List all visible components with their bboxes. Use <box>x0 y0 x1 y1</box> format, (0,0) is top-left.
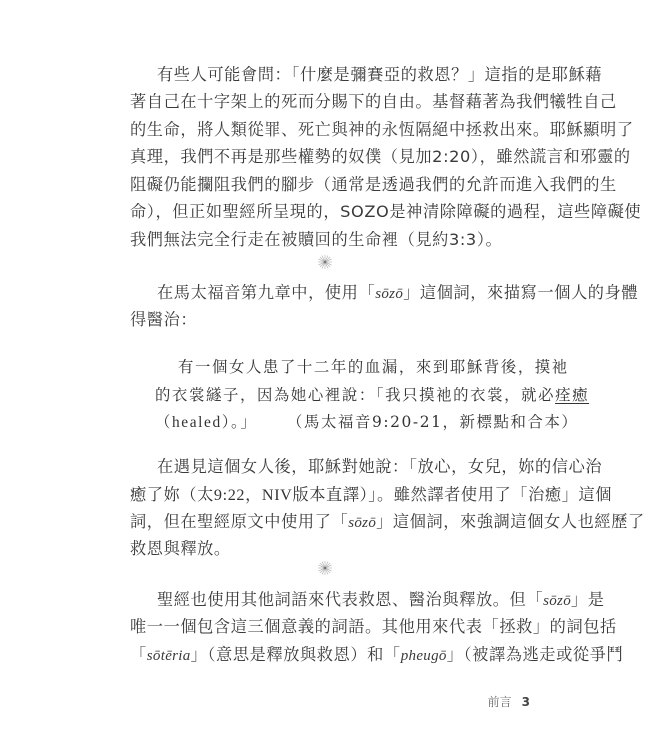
starburst-ornament-icon <box>317 560 333 576</box>
greek-term-sozo: sōzō <box>375 286 403 302</box>
text-span: 」這個詞，來強調這個女人也經歷了 <box>376 512 645 531</box>
page-number: 3 <box>522 695 530 709</box>
text-span: 「 <box>130 645 147 664</box>
text-line: 「sōtēria」（意思是釋放與救恩）和「pheugō」（被譯為逃走或從爭鬥 <box>130 641 522 669</box>
text-line: 在遇見這個女人後，耶穌對她說：「放心，女兒，妳的信心治 <box>157 453 522 481</box>
greek-term-soteria: sōtēria <box>147 648 191 664</box>
greek-term-pheugo: pheugō <box>401 648 447 664</box>
text-line: 的生命，將人類從罪、死亡與神的永恆隔絕中拯救出來。耶穌顯明了 <box>130 116 522 144</box>
text-span: 聖經也使用其他詞語來代表救恩、醫治與釋放。但「 <box>157 590 543 609</box>
text-span: 」（被譯為逃走或從爭鬥 <box>447 645 624 664</box>
text-line: 真理，我們不再是那些權勢的奴僕（見加2:20），雖然謊言和邪靈的 <box>130 143 522 171</box>
text-span: 」這個詞，來描寫一個人的身體 <box>403 283 638 302</box>
quoted-speech: 癒了妳（太9:22，NIV版本直譯）」 <box>130 486 377 504</box>
scripture-reference: （馬太福音9:20-21，新標點和合本） <box>287 408 578 436</box>
starburst-ornament-icon <box>317 254 333 270</box>
quote-line: （healed）。」 （馬太福音9:20-21，新標點和合本） <box>155 408 515 436</box>
text-line: 命），但正如聖經所呈現的，SOZO是神清除障礙的過程，這些障礙使 <box>130 198 522 226</box>
greek-term-sozo: sōzō <box>348 515 376 531</box>
text-span: 詞，但在聖經原文中使用了「 <box>130 512 348 531</box>
quote-line: 的衣裳繸子，因為她心裡說：「我只摸祂的衣裳，就必痊癒 <box>155 381 515 409</box>
text-line: 著自己在十字架上的死而分賜下的自由。基督藉著為我們犧牲自己 <box>130 88 522 116</box>
text-line: 得醫治： <box>130 306 522 334</box>
book-page: 有些人可能會問：「什麼是彌賽亞的救恩？」這指的是耶穌藉 著自己在十字架上的死而分… <box>0 0 650 750</box>
text-span: （healed）。」 <box>155 414 257 431</box>
text-line: 唯一一個包含這三個意義的詞語。其他用來代表「拯救」的詞包括 <box>130 613 522 641</box>
text-span: 」是 <box>571 590 605 609</box>
underlined-word-healed: 痊癒 <box>555 386 589 404</box>
text-line: 癒了妳（太9:22，NIV版本直譯）」。雖然譯者使用了「治癒」這個 <box>130 481 522 509</box>
text-line: 有些人可能會問：「什麼是彌賽亞的救恩？」這指的是耶穌藉 <box>157 61 522 89</box>
text-line: 詞，但在聖經原文中使用了「sōzō」這個詞，來強調這個女人也經歷了 <box>130 508 522 536</box>
text-line: 在馬太福音第九章中，使用「sōzō」這個詞，來描寫一個人的身體 <box>157 279 522 307</box>
text-line: 救恩與釋放。 <box>130 535 522 563</box>
page-footer: 前言3 <box>450 692 530 712</box>
text-line: 我們無法完全行走在被贖回的生命裡（見約3:3）。 <box>130 226 522 254</box>
section-title: 前言 <box>488 695 512 709</box>
text-span: 的衣裳繸子，因為她心裡說：「我只摸祂的衣裳，就必 <box>155 386 555 404</box>
text-span: 。雖然譯者使用了「治癒」這個 <box>377 485 612 504</box>
text-span: 在遇見這個女人後，耶穌對她說： <box>157 457 409 476</box>
text-span: 在馬太福音第九章中，使用「 <box>157 283 375 302</box>
text-line: 聖經也使用其他詞語來代表救恩、醫治與釋放。但「sōzō」是 <box>157 586 522 614</box>
greek-term-sozo: sōzō <box>543 593 571 609</box>
text-span: 」（意思是釋放與救恩）和「 <box>191 645 401 664</box>
quote-line: 有一個女人患了十二年的血漏，來到耶穌背後，摸祂 <box>178 353 515 381</box>
text-line: 阻礙仍能攔阻我們的腳步（通常是透過我們的允許而進入我們的生 <box>130 171 522 199</box>
quoted-speech: 「放心，女兒，妳的信心治 <box>409 458 602 476</box>
